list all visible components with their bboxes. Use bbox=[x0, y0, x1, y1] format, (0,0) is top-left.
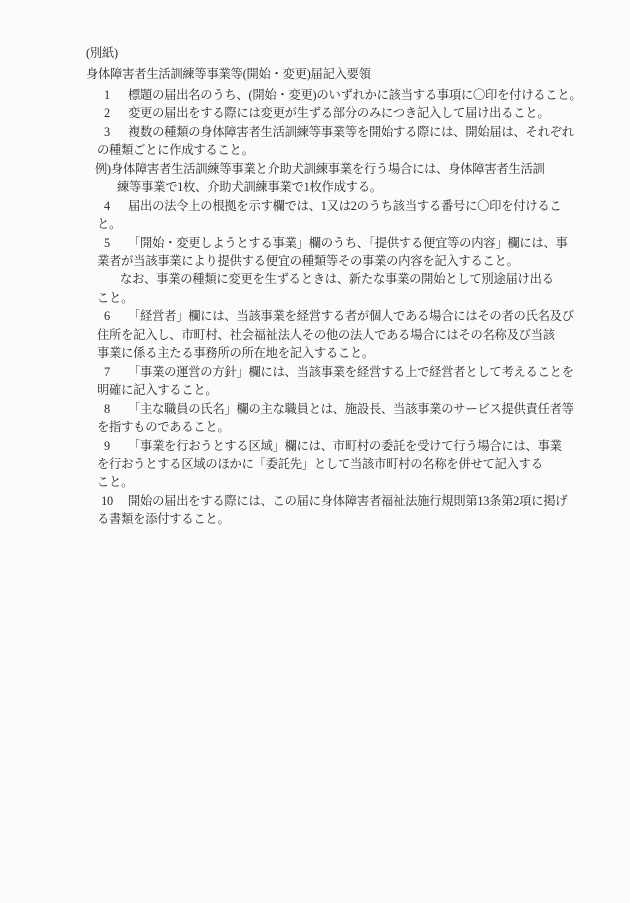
document-line: 練等事業で1枚、介助犬訓練事業で1枚作成する。 bbox=[86, 178, 586, 196]
numbered-item-line: 5「開始・変更しようとする事業」欄のうち、「提供する便宜等の内容」欄には、事 bbox=[86, 234, 586, 252]
document-line: る書類を添付すること。 bbox=[86, 510, 586, 528]
document-line: こと。 bbox=[86, 289, 586, 307]
document-line: を指すものであること。 bbox=[86, 418, 586, 436]
document-line: こと。 bbox=[86, 473, 586, 491]
numbered-item-line: 8「主な職員の氏名」欄の主な職員とは、施設長、当該事業のサービス提供責任者等 bbox=[86, 400, 586, 418]
numbered-item-line: 4届出の法令上の根拠を示す欄では、1又は2のうち該当する番号に〇印を付けるこ bbox=[86, 197, 586, 215]
numbered-item-line: 3複数の種類の身体障害者生活訓練等事業等を開始する際には、開始届は、それぞれ bbox=[86, 123, 586, 141]
document-line: と。 bbox=[86, 215, 586, 233]
item-number: 5 bbox=[86, 234, 128, 252]
document-body: (別紙) 身体障害者生活訓練等事業等(開始・変更)届記入要領 1標題の届出名のう… bbox=[86, 44, 586, 529]
document-line: 例)身体障害者生活訓練等事業と介助犬訓練事業を行う場合には、身体障害者生活訓 bbox=[86, 160, 586, 178]
item-number: 9 bbox=[86, 437, 128, 455]
document-line: 業者が当該事業により提供する便宜の種類等その事業の内容を記入すること。 bbox=[86, 252, 586, 270]
item-number: 4 bbox=[86, 197, 128, 215]
document-line: の種類ごとに作成すること。 bbox=[86, 141, 586, 159]
document-lines: 1標題の届出名のうち、(開始・変更)のいずれかに該当する事項に〇印を付けること。… bbox=[86, 86, 586, 529]
numbered-item-line: 6「経営者」欄には、当該事業を経営する者が個人である場合にはその者の氏名及び bbox=[86, 307, 586, 325]
attachment-label: (別紙) bbox=[86, 44, 586, 62]
document-line: 事業に係る主たる事務所の所在地を記入すること。 bbox=[86, 344, 586, 362]
numbered-item-line: 2変更の届出をする際には変更が生ずる部分のみにつき記入して届け出ること。 bbox=[86, 104, 586, 122]
document-line: 住所を記入し、市町村、社会福祉法人その他の法人である場合にはその名称及び当該 bbox=[86, 326, 586, 344]
item-number: 8 bbox=[86, 400, 128, 418]
item-number: 2 bbox=[86, 104, 128, 122]
document-line: 明確に記入すること。 bbox=[86, 381, 586, 399]
numbered-item-line: 10開始の届出をする際には、この届に身体障害者福祉法施行規則第13条第2項に掲げ bbox=[86, 492, 586, 510]
item-number: 6 bbox=[86, 307, 128, 325]
item-number: 7 bbox=[86, 363, 128, 381]
numbered-item-line: 7「事業の運営の方針」欄には、当該事業を経営する上で経営者として考えることを bbox=[86, 363, 586, 381]
numbered-item-line: 9「事業を行おうとする区域」欄には、市町村の委託を受けて行う場合には、事業 bbox=[86, 437, 586, 455]
item-number: 3 bbox=[86, 123, 128, 141]
item-number: 10 bbox=[86, 492, 128, 510]
numbered-item-line: 1標題の届出名のうち、(開始・変更)のいずれかに該当する事項に〇印を付けること。 bbox=[86, 86, 586, 104]
document-line: なお、事業の種類に変更を生ずるときは、新たな事業の開始として別途届け出る bbox=[86, 270, 586, 288]
document-page: (別紙) 身体障害者生活訓練等事業等(開始・変更)届記入要領 1標題の届出名のう… bbox=[0, 0, 630, 903]
document-title: 身体障害者生活訓練等事業等(開始・変更)届記入要領 bbox=[86, 65, 586, 83]
document-line: を行おうとする区域のほかに「委託先」として当該市町村の名称を併せて記入する bbox=[86, 455, 586, 473]
item-number: 1 bbox=[86, 86, 128, 104]
